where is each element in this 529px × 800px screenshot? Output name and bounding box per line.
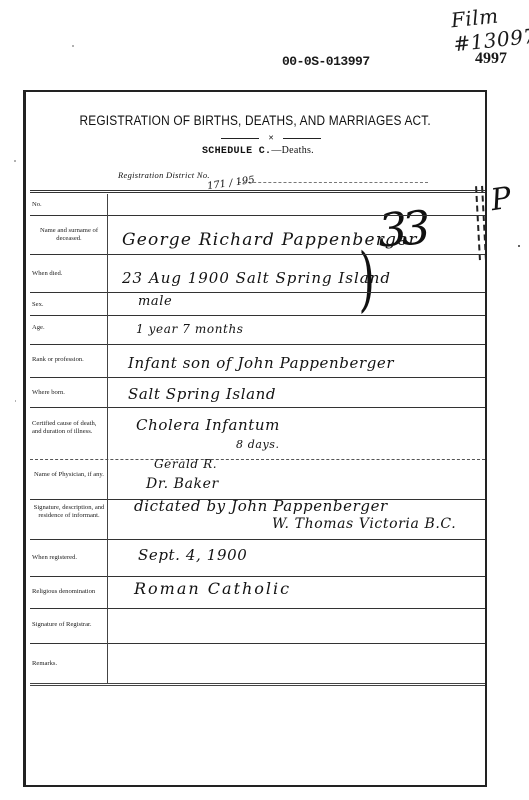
value-informant-1: dictated by John Pappenberger	[134, 497, 388, 515]
scan-speck	[72, 45, 74, 47]
row-rule	[30, 576, 485, 577]
row-rule	[30, 315, 485, 316]
label-when-died: When died.	[32, 270, 106, 278]
row-rule	[30, 643, 485, 644]
row-rule	[30, 215, 485, 216]
value-cause-of-death: Cholera Infantum	[136, 416, 280, 434]
document-stamp-code: 00-0S-013997	[282, 54, 370, 69]
label-age: Age.	[32, 324, 106, 332]
schedule-caps: SCHEDULE C.	[202, 146, 271, 157]
row-rule	[30, 539, 485, 540]
label-remarks: Remarks.	[32, 660, 106, 668]
clip-mark	[475, 186, 487, 260]
label-cause-of-death: Certified cause of death, and duration o…	[32, 420, 106, 436]
value-illness-duration: 8 days.	[236, 438, 280, 451]
form-bottom-rule	[30, 683, 485, 686]
death-registration-form: REGISTRATION OF BIRTHS, DEATHS, AND MARR…	[23, 90, 487, 787]
label-informant: Signature, description, and residence of…	[32, 504, 106, 520]
value-when-died: 23 Aug 1900 Salt Spring Island	[122, 269, 391, 287]
label-when-registered: When registered.	[32, 554, 106, 562]
label-where-born: Where born.	[32, 389, 106, 397]
value-sex: male	[138, 294, 172, 309]
row-rule	[30, 407, 485, 408]
label-rank: Rank or profession.	[32, 356, 106, 364]
label-sex: Sex.	[32, 301, 106, 309]
value-age: 1 year 7 months	[136, 322, 244, 336]
scan-speck	[14, 160, 16, 162]
row-rule	[30, 344, 485, 345]
row-rule	[30, 608, 485, 609]
value-informant-2: W. Thomas Victoria B.C.	[272, 516, 456, 532]
value-physician-2: Dr. Baker	[146, 476, 219, 492]
value-name: George Richard Pappenberger	[122, 230, 418, 250]
scan-speck	[518, 245, 520, 247]
value-when-registered: Sept. 4, 1900	[138, 546, 247, 564]
corner-mark: P	[489, 181, 514, 218]
label-name: Name and surname of deceased.	[32, 227, 106, 243]
label-religion: Religious denomination	[32, 588, 106, 596]
header-rule	[30, 190, 485, 193]
row-rule	[30, 254, 485, 255]
scan-speck	[15, 400, 16, 402]
schedule-subtitle: —Deaths.	[271, 145, 314, 156]
label-physician: Name of Physician, if any.	[32, 471, 106, 479]
schedule-title: SCHEDULE C.—Deaths.	[26, 145, 490, 157]
value-physician-1: Gerald R.	[154, 457, 217, 471]
row-rule	[30, 292, 485, 293]
label-registrar-signature: Signature of Registrar.	[32, 621, 106, 629]
act-title: REGISTRATION OF BIRTHS, DEATHS, AND MARR…	[79, 113, 431, 128]
registration-district-label: Registration District No.	[118, 170, 210, 180]
value-rank: Infant son of John Pappenberger	[128, 354, 394, 372]
row-rule	[30, 459, 485, 460]
film-number-note: Film #13097	[450, 0, 529, 56]
value-religion: Roman Catholic	[134, 579, 291, 598]
value-where-born: Salt Spring Island	[128, 385, 276, 403]
page-number: 4997	[475, 50, 507, 68]
ornament-divider: ✕	[221, 134, 321, 142]
row-rule	[30, 377, 485, 378]
label-column-divider	[107, 194, 108, 684]
label-no: No.	[32, 201, 106, 209]
district-fill-line	[238, 182, 428, 183]
